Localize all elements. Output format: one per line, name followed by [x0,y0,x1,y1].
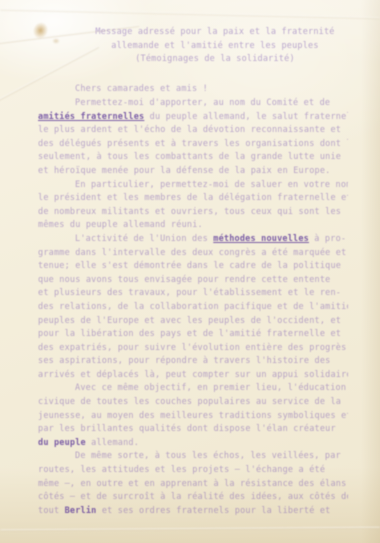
text-line: routes, les attitudes et les projets — l… [38,464,348,478]
text-segment: par les brillantes qualités dont dispose… [38,424,336,434]
text-segment: tenue; elle s'est démontrée dans le cadr… [38,261,341,271]
text-segment: même —, en outre et en apprenant à la ré… [38,479,348,489]
text-line: des délégués présents et à travers les o… [38,138,348,152]
text-segment: gramme dans l'intervalle des deux congrè… [38,248,346,258]
text-line: De même sorte, à tous les échos, les vei… [38,450,348,464]
text-line: même —, en outre et en apprenant à la ré… [38,478,348,492]
text-segment: routes, les attitudes et les projets — l… [38,465,325,475]
text-line: ses aspirations, pour répondre à travers… [38,355,348,369]
text-segment: mêmes du peuple allemand réuni. [38,220,203,230]
text-segment: côtés — et de surcroît à la réalité des … [38,492,348,502]
text-segment: et héroïque menée pour la défense de la … [38,166,330,176]
text-line: le président et les membres de la déléga… [38,192,348,206]
fold-crease-bottom [0,527,380,532]
document-body: Permettez-moi d'apporter, au nom du Comi… [38,97,348,518]
fold-crease-top [0,9,380,20]
text-line: seulement, à tous les combattants de la … [38,151,348,165]
paragraph: Avec ce même objectif, en premier lieu, … [38,382,348,450]
document-header: Message adressé pour la paix et la frate… [50,26,380,67]
text-segment: le plus ardent et l'écho de la dévotion … [38,125,341,135]
text-line: arrivés et déplacés là, peut compter sur… [38,369,348,383]
paragraph: En particulier, permettez-moi de saluer … [38,179,348,233]
text-segment: des délégués présents et à travers les o… [38,139,348,149]
emphasized-segment: Berlin [65,506,97,516]
text-line: par les brillantes qualités dont dispose… [38,423,348,437]
text-line: En particulier, permettez-moi de saluer … [38,179,348,193]
text-segment: seulement, à tous les combattants de la … [38,152,341,162]
text-segment: De même sorte, à tous les échos, les vei… [75,451,341,461]
text-segment: des expatriés, pour suivre l'évolution e… [38,343,346,353]
text-segment: du peuple allemand, le salut fraternel [144,112,348,122]
text-segment: Permettez-moi d'apporter, au nom du Comi… [75,98,330,108]
text-line: des relations, de la collaboration pacif… [38,301,348,315]
text-line: des expatriés, pour suivre l'évolution e… [38,342,348,356]
text-segment: à pro- [309,234,346,244]
paragraph: L'activité de l'Union des méthodes nouve… [38,233,348,383]
text-segment: L'activité de l'Union des [75,234,213,244]
text-segment: tout [38,506,65,516]
text-segment: et ses ordres fraternels pour la liberté… [97,506,331,516]
text-segment: jeunesse, au moyen des meilleures tradit… [38,411,348,421]
text-line: tout Berlin et ses ordres fraternels pou… [38,505,348,519]
text-line: mêmes du peuple allemand réuni. [38,219,348,233]
text-line: du peuple allemand. [38,437,348,451]
text-segment: de nombreux militants et ouvriers, tous … [38,207,341,217]
page: { "colors": { "paper": "#f4eedb", "ink_f… [0,0,380,543]
text-segment: le président et les membres de la déléga… [38,193,348,203]
emphasized-segment: amitiés fraternelles [38,112,144,122]
text-line: amitiés fraternelles du peuple allemand,… [38,111,348,125]
text-line: pour la libération des pays et de l'amit… [38,328,348,342]
text-segment: arrivés et déplacés là, peut compter sur… [38,370,348,380]
header-line: allemande et l'amitié entre les peuples [50,40,380,54]
text-line: Permettez-moi d'apporter, au nom du Comi… [38,97,348,111]
text-line: peuples de l'Europe et avec les peuples … [38,315,348,329]
salutation: Chers camarades et amis ! [75,83,208,97]
text-line: jeunesse, au moyen des meilleures tradit… [38,410,348,424]
emphasized-segment: méthodes nouvelles [213,234,309,244]
header-line: (Témoignages de la solidarité) [50,53,380,67]
text-line: tenue; elle s'est démontrée dans le cadr… [38,260,348,274]
text-segment: ses aspirations, pour répondre à travers… [38,356,330,366]
text-line: que nous avons tous envisagée pour rendr… [38,274,348,288]
text-segment: civique de toutes les couches populaires… [38,397,341,407]
text-line: côtés — et de surcroît à la réalité des … [38,491,348,505]
emphasized-segment: du peuple [38,438,86,448]
header-line: Message adressé pour la paix et la frate… [50,26,380,40]
text-line: de nombreux militants et ouvriers, tous … [38,206,348,220]
text-segment: allemand. [86,438,139,448]
paper-sheet: Message adressé pour la paix et la frate… [0,0,380,543]
text-segment: peuples de l'Europe et avec les peuples … [38,316,341,326]
paragraph: Permettez-moi d'apporter, au nom du Comi… [38,97,348,179]
text-segment: pour la libération des pays et de l'amit… [38,329,341,339]
text-line: L'activité de l'Union des méthodes nouve… [38,233,348,247]
text-line: le plus ardent et l'écho de la dévotion … [38,124,348,138]
text-segment: et plusieurs des travaux, pour l'établis… [38,288,341,298]
text-line: gramme dans l'intervalle des deux congrè… [38,247,348,261]
text-line: civique de toutes les couches populaires… [38,396,348,410]
paragraph: De même sorte, à tous les échos, les vei… [38,450,348,518]
text-segment: des relations, de la collaboration pacif… [38,302,348,312]
text-segment: En particulier, permettez-moi de saluer … [75,180,348,190]
text-segment: que nous avons tous envisagée pour rendr… [38,275,330,285]
text-line: et plusieurs des travaux, pour l'établis… [38,287,348,301]
text-segment: Avec ce même objectif, en premier lieu, … [75,383,346,393]
text-line: et héroïque menée pour la défense de la … [38,165,348,179]
text-line: Avec ce même objectif, en premier lieu, … [38,382,348,396]
